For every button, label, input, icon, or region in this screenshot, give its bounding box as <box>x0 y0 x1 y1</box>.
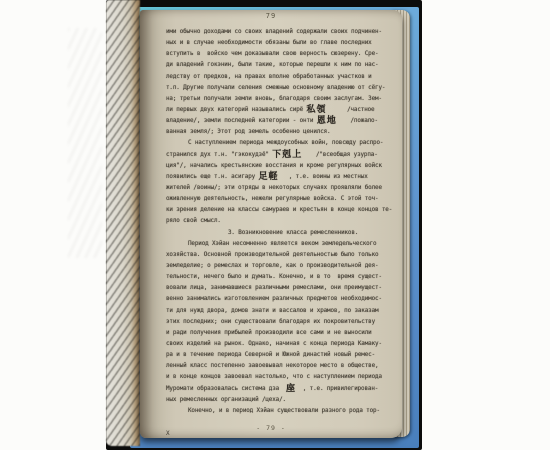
page-number-top: 79 <box>140 12 402 20</box>
text-line: С наступлением периода междоусобных войн… <box>166 138 394 149</box>
text-line: ция"/, начались крестьянские восстания и… <box>166 161 394 172</box>
text-line: ленный класс постепенно завоевывал некот… <box>166 361 394 372</box>
text-line: оживленную деятельность, нежели регулярн… <box>166 194 394 205</box>
kanji-annotation: 恩地 <box>317 118 337 124</box>
text-line: ных и в случае необходимости обязаны был… <box>166 38 394 49</box>
text-line: вступить в войско чем доказывали свою ве… <box>166 49 394 60</box>
kanji-annotation: 下剋上 <box>272 152 302 158</box>
text-line: Период Хэйан несомненно является веком з… <box>166 239 394 250</box>
text-line: и ради получения прибылей производили вс… <box>166 328 394 339</box>
text-line: владение/, земли последней категории - о… <box>166 116 394 127</box>
text-line: странился дух т.н. "гэкокудзё" 下剋上 /"все… <box>166 150 394 161</box>
text-line: появились еще т.н. асигару 足軽 , т.е. вои… <box>166 172 394 183</box>
scan-bleedthrough-smudge <box>68 28 102 258</box>
text-line: земледелие; о ремеслах и торговле, как о… <box>166 261 394 272</box>
page-number-bottom: - 79 - <box>140 424 402 432</box>
book-photo: 79 ими обычно доходами со своих владений… <box>106 0 422 450</box>
text-line: тельности, нечего было и думать. Конечно… <box>166 272 394 283</box>
text-line: ных ремесленных организаций /цеха/. <box>166 395 394 406</box>
text-line: Конечно, и в период Хэйан существовали р… <box>166 406 394 417</box>
text-line: на; третьи получали земли вновь, благода… <box>166 94 394 105</box>
kanji-annotation: 座 <box>286 386 296 392</box>
text-line: этих последних; они существовали благода… <box>166 317 394 328</box>
text-line: ряло свой смысл. <box>166 216 394 227</box>
section-heading: 3. Возникновение класса ремесленников. <box>166 228 394 239</box>
text-line: ки зрения деление на классы самураев и к… <box>166 205 394 216</box>
scan-background: { "document": { "page_number_top": "79",… <box>0 0 550 450</box>
left-page-edge <box>106 0 140 446</box>
corner-mark: X <box>166 430 170 437</box>
text-line: жителей /воины/; эти отряды в некоторых … <box>166 183 394 194</box>
text-line: ледству от предков, на правах вполне обр… <box>166 72 394 83</box>
text-line: своих изделий на рынок. Однако, начиная … <box>166 339 394 350</box>
kanji-annotation: 足軽 <box>259 174 279 180</box>
text-line: венно занимались изготовлением различных… <box>166 294 394 305</box>
text-line: т.п. Другие получали селения смежные осн… <box>166 83 394 94</box>
text-block: ими обычно доходами со своих владений со… <box>166 27 394 417</box>
kanji-annotation: 私領 <box>307 107 327 113</box>
text-line: ра и в течение периода Северной и Южной … <box>166 350 394 361</box>
text-line: ди владений гокэнин, были такие, которые… <box>166 60 394 71</box>
text-line: ими обычно доходами со своих владений со… <box>166 27 394 38</box>
text-line: хозяйства. Основной производительной дея… <box>166 250 394 261</box>
main-page: 79 ими обычно доходами со своих владений… <box>140 10 402 438</box>
text-line: Муромати образовалась система дза 座 , т.… <box>166 384 394 395</box>
text-line: ли первых двух категорий назывались сирё… <box>166 105 394 116</box>
text-line: вовали лица, занимавшиеся различными рем… <box>166 283 394 294</box>
text-line: ванная земля/; Этот род земель особенно … <box>166 127 394 138</box>
text-line: и в конце концов завоевал настолько, что… <box>166 372 394 383</box>
text-line: ти для нужд двора, домов знати и вассало… <box>166 306 394 317</box>
